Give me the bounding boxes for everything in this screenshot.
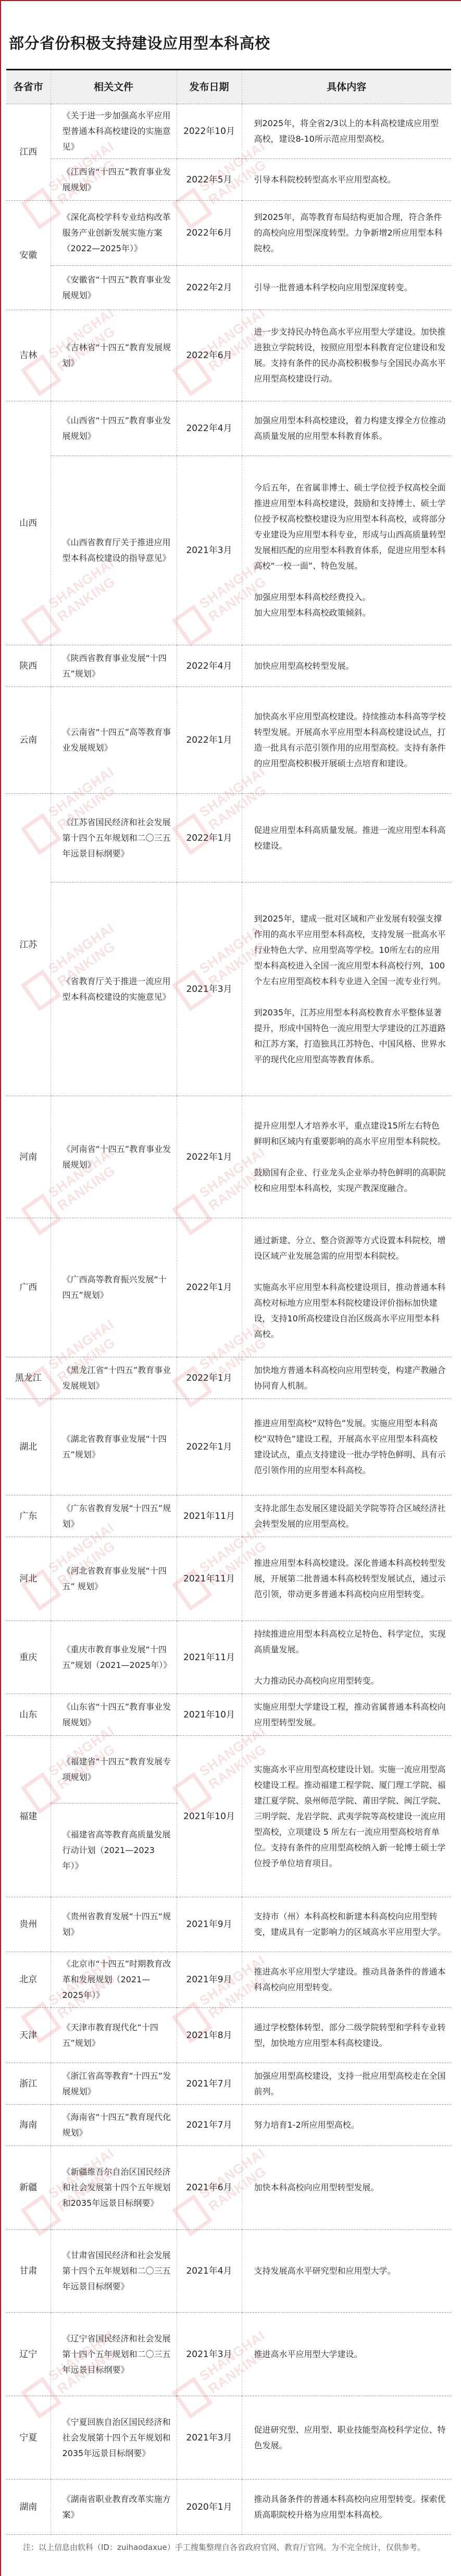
header-date: 发布日期 (177, 70, 242, 104)
content-paragraph: 提升应用型人才培养水平，重点建设15所左右特色鲜明和区域内有重要影响的高水平应用… (254, 1118, 446, 1149)
content-paragraph: 到2035年，江苏应用型本科高校教育水平整体显著提升，形成中国特色一流应用型大学… (254, 1005, 446, 1068)
document-cell: 《天津市教育现代化“十四五”规划》 (51, 2008, 177, 2063)
content-paragraph: 实施应用型大学建设工程，推动省属普通本科高校向应用型转型发展。 (254, 1699, 446, 1731)
content-paragraph: 实施高水平应用型高校建设计划。实施一流应用型高校建设工程。推动福建工程学院、厦门… (254, 1762, 446, 1871)
province-cell: 江苏 (6, 794, 51, 1096)
province-cell: 广西 (6, 1218, 51, 1357)
province-cell: 海南 (6, 2105, 51, 2146)
document-cell: 《吉林省“十四五”教育发展规划》 (51, 310, 177, 401)
table-row: 陕西《陕西省教育事业发展“十四五”规划》2022年4月加快应用型高校转型发展。 (6, 645, 451, 687)
content-cell: 实施高水平应用型高校建设计划。实施一流应用型高校建设工程。推动福建工程学院、厦门… (242, 1736, 451, 1897)
date-cell: 2022年1月 (177, 794, 242, 882)
content-cell: 推进应用型本科高校建设。深化普通本科高校转型发展，开展第二批普通本科高校转型发展… (242, 1537, 451, 1621)
table-row: 天津《天津市教育现代化“十四五”规划》2021年8月通过学校整体转型、部分二级学… (6, 2008, 451, 2063)
document-cell: 《福建省高等教育高质量发展行动计划（2021—2023 年）》 (51, 1804, 177, 1897)
content-paragraph: 加强应用型本科高校经费投入。 加大应用型本科高校政策倾斜。 (254, 590, 446, 621)
document-cell: 《广东省教育发展“十四五”规划》 (51, 1495, 177, 1537)
content-cell: 提升应用型人才培养水平，重点建设15所左右特色鲜明和区域内有重要影响的高水平应用… (242, 1096, 451, 1218)
table-row: 广东《广东省教育发展“十四五”规划》2021年11月支持北部生态发展区建设韶关学… (6, 1495, 451, 1537)
table-row: 山西《山西省“十四五”教育事业发展规划》2022年4月加强应用型本科高校建设，着… (6, 401, 451, 456)
date-cell: 2022年6月 (177, 310, 242, 401)
document-cell: 《浙江省高等教育“十四五”发展规划》 (51, 2063, 177, 2105)
content-cell: 推进高水平应用型大学建设。推动具备条件的普通本科高校向应用型转变。 (242, 1952, 451, 2008)
content-cell: 实施应用型大学建设工程，推动省属普通本科高校向应用型转型发展。 (242, 1694, 451, 1736)
policy-table: 各省市 相关文件 发布日期 具体内容 江西《关于进一步加强高水平应用型普通本科高… (6, 69, 451, 2535)
document-cell: 《海南省“十四五”教育现代化规划》 (51, 2105, 177, 2146)
document-cell: 《云南省“十四五”高等教育事业发展规划》 (51, 687, 177, 794)
content-paragraph: 引导一批普通本科学校向应用型深度转变。 (254, 280, 446, 296)
document-cell: 《贵州省教育发展“十四五“规划》 (51, 1897, 177, 1952)
date-cell: 2021年11月 (177, 1621, 242, 1694)
document-cell: 《湖南省职业教育改革实施方案》 (51, 2480, 177, 2535)
document-cell: 《河北省教育事业发展“十四五” 规划》 (51, 1537, 177, 1621)
table-row: 贵州《贵州省教育发展“十四五“规划》2021年9月支持市（州）本科高校和新建本科… (6, 1897, 451, 1952)
content-cell: 通过新建、分立、整合资源等方式设置本科院校，增设区域产业发展急需的应用型本科院校… (242, 1218, 451, 1357)
date-cell: 2021年3月 (177, 882, 242, 1096)
content-paragraph: 推动具备条件的普通本科高校向应用型转变。探索优质高职院校升格为应用型本科高校。 (254, 2492, 446, 2523)
document-cell: 《深化高校学科专业结构改革服务产业创新发展实施方案（2022—2025年）》 (51, 201, 177, 266)
province-cell: 山东 (6, 1694, 51, 1736)
province-cell: 湖北 (6, 1399, 51, 1495)
date-cell: 2022年1月 (177, 1399, 242, 1495)
date-cell: 2022年4月 (177, 401, 242, 456)
table-row: 北京《北京市“十四五”时期教育改革和发展规划（2021—2025年）》2021年… (6, 1952, 451, 2008)
table-row: 湖南《湖南省职业教育改革实施方案》2020年1月推动具备条件的普通本科高校向应用… (6, 2480, 451, 2535)
province-cell: 江西 (6, 104, 51, 201)
content-paragraph: 到2025年，建成一批对区域和产业发展有较强支撑作用的高水平应用型本科高校，支持… (254, 911, 446, 989)
table-row: 吉林《吉林省“十四五”教育发展规划》2022年6月进一步支持民办特色高水平应用型… (6, 310, 451, 401)
content-paragraph: 加强应用型高校建设，支持一批应用型高校走在全国前列。 (254, 2068, 446, 2100)
content-cell: 加快应用型高校转型发展。 (242, 645, 451, 687)
content-paragraph: 鼓励国有企业、行业龙头企业举办特色鲜明的高职院校和应用型本科高校，实现产教深度融… (254, 1165, 446, 1196)
content-cell: 加强应用型高校建设，支持一批应用型高校走在全国前列。 (242, 2063, 451, 2105)
date-cell: 2021年6月 (177, 2146, 242, 2230)
content-cell: 促进应用型本科高质量发展。推进一流应用型本科高校建设。 (242, 794, 451, 882)
content-cell: 促进研究型、应用型、职业技能型高校科学定位、特色发展。 (242, 2396, 451, 2480)
content-cell: 加快本科高校向应用型转型发展。 (242, 2146, 451, 2230)
content-cell: 到2025年，建成一批对区域和产业发展有较强支撑作用的高水平应用型本科高校，支持… (242, 882, 451, 1096)
table-row: 《省教育厅关于推进一流应用型本科高校建设的实施意见》2021年3月到2025年，… (6, 882, 451, 1096)
document-cell: 《辽宁省国民经济和社会发展第十四个五年规划和二〇三五年远景目标纲要》 (51, 2313, 177, 2396)
date-cell: 2021年3月 (177, 456, 242, 645)
document-cell: 《黑龙江省“十四五”教育事业发展规划》 (51, 1357, 177, 1399)
content-cell: 到2025年，高等教育布局结构更加合理，符合条件的高校向应用型深度转型。力争新增… (242, 201, 451, 266)
document-cell: 《宁夏回族自治区国民经济和社会发展第十四个五年规划和2035年远景目标纲要》 (51, 2396, 177, 2480)
content-cell: 支持北部生态发展区建设韶关学院等符合区域经济社会转型发展的应用型高校。 (242, 1495, 451, 1537)
document-cell: 《江西省“十四五”教育事业发展规划》 (51, 159, 177, 201)
content-paragraph: 促进应用型本科高质量发展。推进一流应用型本科高校建设。 (254, 823, 446, 854)
content-paragraph: 促进研究型、应用型、职业技能型高校科学定位、特色发展。 (254, 2422, 446, 2454)
content-paragraph: 加快高水平应用型高校建设。持续推动本科高等学校转型发展。开展高水平应用型本科高校… (254, 709, 446, 771)
content-paragraph: 推进应用型本科高校建设。深化普通本科高校转型发展，开展第二批普通本科高校转型发展… (254, 1555, 446, 1602)
content-paragraph: 推进高水平应用型大学建设。推动具备条件的普通本科高校向应用型转变。 (254, 1964, 446, 1995)
province-cell: 北京 (6, 1952, 51, 2008)
header-content: 具体内容 (242, 70, 451, 104)
document-cell: 《江苏省国民经济和社会发展第十四个五年规划和二〇三五年远景目标纲要》 (51, 794, 177, 882)
date-cell: 2022年1月 (177, 1218, 242, 1357)
document-cell: 《山东省“十四五”教育事业发展规划》 (51, 1694, 177, 1736)
province-cell: 甘肃 (6, 2230, 51, 2313)
header-province: 各省市 (6, 70, 51, 104)
province-cell: 天津 (6, 2008, 51, 2063)
table-row: 广西《广西高等教育振兴发展“十四五”规划》2022年1月通过新建、分立、整合资源… (6, 1218, 451, 1357)
province-cell: 湖南 (6, 2480, 51, 2535)
province-cell: 山西 (6, 401, 51, 645)
content-paragraph: 引导本科院校转型高水平应用型高校。 (254, 172, 446, 188)
content-cell: 持续推进应用型本科高校立足特色、科学定位，实现高质量发展。大力推动民办高校向应用… (242, 1621, 451, 1694)
province-cell: 宁夏 (6, 2396, 51, 2480)
content-paragraph: 加快地方普通本科高校向应用型转变，构建产教融合协同育人机制。 (254, 1363, 446, 1394)
table-row: 黑龙江《黑龙江省“十四五”教育事业发展规划》2022年1月加快地方普通本科高校向… (6, 1357, 451, 1399)
date-cell: 2021年10月 (177, 1694, 242, 1736)
table-row: 重庆《重庆市教育事业发展“十四五”规划（2021—2025年）》2021年11月… (6, 1621, 451, 1694)
province-cell: 辽宁 (6, 2313, 51, 2396)
content-paragraph: 通过新建、分立、整合资源等方式设置本科院校，增设区域产业发展急需的应用型本科院校… (254, 1233, 446, 1264)
content-cell: 引导一批普通本科学校向应用型深度转变。 (242, 266, 451, 310)
table-row: 《山西省教育厅关于推进应用型本科高校建设的指导意见》2021年3月今后五年，在省… (6, 456, 451, 645)
content-paragraph: 努力培育1-2所应用型高校。 (254, 2117, 446, 2133)
date-cell: 2020年1月 (177, 2480, 242, 2535)
content-paragraph: 支持北部生态发展区建设韶关学院等符合区域经济社会转型发展的应用型高校。 (254, 1501, 446, 1532)
content-cell: 引导本科院校转型高水平应用型高校。 (242, 159, 451, 201)
date-cell: 2022年5月 (177, 159, 242, 201)
content-paragraph: 加强应用型本科高校建设，着力构建支撑全方位推动高质量发展的应用型本科教育体系。 (254, 413, 446, 444)
table-row: 福建《福建省“十四五”教育发展专项规划》2021年10月实施高水平应用型高校建设… (6, 1736, 451, 1804)
content-paragraph: 今后五年，在省属非博士、硕士学位授予权高校全面推进应用型本科高校建设，鼓励和支持… (254, 480, 446, 574)
footnote: 注：以上信息由软科（ID：zuihaodaxue）手工搜集整理自各省政府官网、教… (23, 2540, 452, 2555)
table-row: 安徽《深化高校学科专业结构改革服务产业创新发展实施方案（2022—2025年）》… (6, 201, 451, 266)
content-paragraph: 推进高水平应用型大学建设。 (254, 2347, 446, 2362)
content-cell: 今后五年，在省属非博士、硕士学位授予权高校全面推进应用型本科高校建设，鼓励和支持… (242, 456, 451, 645)
date-cell: 2022年6月 (177, 201, 242, 266)
province-cell: 安徽 (6, 201, 51, 310)
table-row: 湖北《湖北省教育事业发展“十四五”规划》2022年1月推进应用型高校“双特色”发… (6, 1399, 451, 1495)
province-cell: 云南 (6, 687, 51, 794)
province-cell: 广东 (6, 1495, 51, 1537)
content-cell: 通过学校整体转型、部分二级学院转型和学科专业转型，加快地方应用型本科高校建设。 (242, 2008, 451, 2063)
table-row: 河北《河北省教育事业发展“十四五” 规划》2021年11月推进应用型本科高校建设… (6, 1537, 451, 1621)
content-paragraph: 推进应用型高校“双特色”发展。实施应用型本科高校“双特色”建设工程，开展高水平应… (254, 1416, 446, 1478)
table-row: 海南《海南省“十四五”教育现代化规划》2021年7月努力培育1-2所应用型高校。 (6, 2105, 451, 2146)
date-cell: 2021年9月 (177, 1952, 242, 2008)
document-cell: 《广西高等教育振兴发展“十四五”规划》 (51, 1218, 177, 1357)
content-paragraph: 持续推进应用型本科高校立足特色、科学定位，实现高质量发展。 (254, 1626, 446, 1658)
content-cell: 加快地方普通本科高校向应用型转变，构建产教融合协同育人机制。 (242, 1357, 451, 1399)
date-cell: 2022年4月 (177, 645, 242, 687)
province-cell: 新疆 (6, 2146, 51, 2230)
content-paragraph: 进一步支持民办特色高水平应用型大学建设。加快推进独立学院转设，按照应用型本科教育… (254, 324, 446, 387)
content-paragraph: 支持市（州）本科高校和新建本科高校向应用型转变，建成具有一定影响力的区域高水平应… (254, 1909, 446, 1940)
content-paragraph: 通过学校整体转型、部分二级学院转型和学科专业转型，加快地方应用型本科高校建设。 (254, 2020, 446, 2051)
content-paragraph: 加快应用型高校转型发展。 (254, 658, 446, 674)
document-cell: 《河南省“十四五”教育事业发展规划》 (51, 1096, 177, 1218)
table-row: 浙江《浙江省高等教育“十四五”发展规划》2021年7月加强应用型高校建设，支持一… (6, 2063, 451, 2105)
content-paragraph: 实施高水平应用型本科高校建设项目，推动普通本科高校对标地方应用型本科院校建设评价… (254, 1280, 446, 1342)
table-body: 江西《关于进一步加强高水平应用型普通本科高校建设的实施意见》2022年10月到2… (6, 104, 451, 2535)
table-row: 辽宁《辽宁省国民经济和社会发展第十四个五年规划和二〇三五年远景目标纲要》2021… (6, 2313, 451, 2396)
content-paragraph: 到2025年，将全省2/3以上的本科高校建成应用型高校，建设8-10所示范应用型… (254, 116, 446, 147)
province-cell: 贵州 (6, 1897, 51, 1952)
table-row: 江苏《江苏省国民经济和社会发展第十四个五年规划和二〇三五年远景目标纲要》2022… (6, 794, 451, 882)
document-cell: 《甘肃省国民经济和社会发展第十四个五年规划和二〇三五年远景目标纲要》 (51, 2230, 177, 2313)
table-row: 宁夏《宁夏回族自治区国民经济和社会发展第十四个五年规划和2035年远景目标纲要》… (6, 2396, 451, 2480)
table-header-row: 各省市 相关文件 发布日期 具体内容 (6, 70, 451, 104)
content-cell: 支持市（州）本科高校和新建本科高校向应用型转变，建成具有一定影响力的区域高水平应… (242, 1897, 451, 1952)
date-cell: 2021年3月 (177, 2396, 242, 2480)
date-cell: 2022年2月 (177, 266, 242, 310)
table-row: 云南《云南省“十四五”高等教育事业发展规划》2022年1月加快高水平应用型高校建… (6, 687, 451, 794)
date-cell: 2022年10月 (177, 104, 242, 159)
date-cell: 2021年11月 (177, 1495, 242, 1537)
date-cell: 2021年3月 (177, 2313, 242, 2396)
table-row: 《安徽省“十四五”教育事业发展规划》2022年2月引导一批普通本科学校向应用型深… (6, 266, 451, 310)
content-cell: 进一步支持民办特色高水平应用型大学建设。加快推进独立学院转设，按照应用型本科教育… (242, 310, 451, 401)
province-cell: 吉林 (6, 310, 51, 401)
province-cell: 福建 (6, 1736, 51, 1897)
document-cell: 《省教育厅关于推进一流应用型本科高校建设的实施意见》 (51, 882, 177, 1096)
content-cell: 推进应用型高校“双特色”发展。实施应用型本科高校“双特色”建设工程，开展高水平应… (242, 1399, 451, 1495)
table-row: 江西《关于进一步加强高水平应用型普通本科高校建设的实施意见》2022年10月到2… (6, 104, 451, 159)
date-cell: 2021年7月 (177, 2063, 242, 2105)
date-cell: 2021年7月 (177, 2105, 242, 2146)
table-row: 甘肃《甘肃省国民经济和社会发展第十四个五年规划和二〇三五年远景目标纲要》2021… (6, 2230, 451, 2313)
date-cell: 2021年11月 (177, 1537, 242, 1621)
date-cell: 2022年1月 (177, 1096, 242, 1218)
content-cell: 加强应用型本科高校建设，着力构建支撑全方位推动高质量发展的应用型本科教育体系。 (242, 401, 451, 456)
content-paragraph: 支持发展高水平研究型和应用型大学。 (254, 2263, 446, 2279)
province-cell: 陕西 (6, 645, 51, 687)
document-cell: 《新疆维吾尔自治区国民经济和社会发展第十四个五年规划和2035年远景目标纲要》 (51, 2146, 177, 2230)
province-cell: 黑龙江 (6, 1357, 51, 1399)
document-cell: 《山西省“十四五”教育事业发展规划》 (51, 401, 177, 456)
content-cell: 支持发展高水平研究型和应用型大学。 (242, 2230, 451, 2313)
document-cell: 《安徽省“十四五”教育事业发展规划》 (51, 266, 177, 310)
header-document: 相关文件 (51, 70, 177, 104)
page-title: 部分省份积极支持建设应用型本科高校 (9, 32, 270, 53)
content-cell: 努力培育1-2所应用型高校。 (242, 2105, 451, 2146)
table-row: 河南《河南省“十四五”教育事业发展规划》2022年1月提升应用型人才培养水平，重… (6, 1096, 451, 1218)
province-cell: 河北 (6, 1537, 51, 1621)
document-cell: 《陕西省教育事业发展“十四五”规划》 (51, 645, 177, 687)
date-cell: 2022年1月 (177, 1357, 242, 1399)
content-paragraph: 加快本科高校向应用型转型发展。 (254, 2180, 446, 2195)
province-cell: 浙江 (6, 2063, 51, 2105)
table-row: 《江西省“十四五”教育事业发展规划》2022年5月引导本科院校转型高水平应用型高… (6, 159, 451, 201)
table-row: 山东《山东省“十四五”教育事业发展规划》2021年10月实施应用型大学建设工程，… (6, 1694, 451, 1736)
document-cell: 《福建省“十四五”教育发展专项规划》 (51, 1736, 177, 1804)
document-cell: 《北京市“十四五”时期教育改革和发展规划（2021—2025年）》 (51, 1952, 177, 2008)
document-cell: 《重庆市教育事业发展“十四五”规划（2021—2025年）》 (51, 1621, 177, 1694)
content-paragraph: 到2025年，高等教育布局结构更加合理，符合条件的高校向应用型深度转型。力争新增… (254, 210, 446, 256)
content-cell: 推动具备条件的普通本科高校向应用型转变。探索优质高职院校升格为应用型本科高校。 (242, 2480, 451, 2535)
content-cell: 到2025年，将全省2/3以上的本科高校建成应用型高校，建设8-10所示范应用型… (242, 104, 451, 159)
province-cell: 河南 (6, 1096, 51, 1218)
table-row: 新疆《新疆维吾尔自治区国民经济和社会发展第十四个五年规划和2035年远景目标纲要… (6, 2146, 451, 2230)
content-paragraph: 大力推动民办高校向应用型转变。 (254, 1673, 446, 1689)
content-cell: 加快高水平应用型高校建设。持续推动本科高等学校转型发展。开展高水平应用型本科高校… (242, 687, 451, 794)
date-cell: 2021年9月 (177, 1897, 242, 1952)
document-cell: 《湖北省教育事业发展“十四五”规划》 (51, 1399, 177, 1495)
date-cell: 2021年8月 (177, 2008, 242, 2063)
date-cell: 2022年1月 (177, 687, 242, 794)
province-cell: 重庆 (6, 1621, 51, 1694)
date-cell: 2021年4月 (177, 2230, 242, 2313)
document-cell: 《山西省教育厅关于推进应用型本科高校建设的指导意见》 (51, 456, 177, 645)
date-cell: 2021年10月 (177, 1736, 242, 1897)
content-cell: 推进高水平应用型大学建设。 (242, 2313, 451, 2396)
document-cell: 《关于进一步加强高水平应用型普通本科高校建设的实施意见》 (51, 104, 177, 159)
